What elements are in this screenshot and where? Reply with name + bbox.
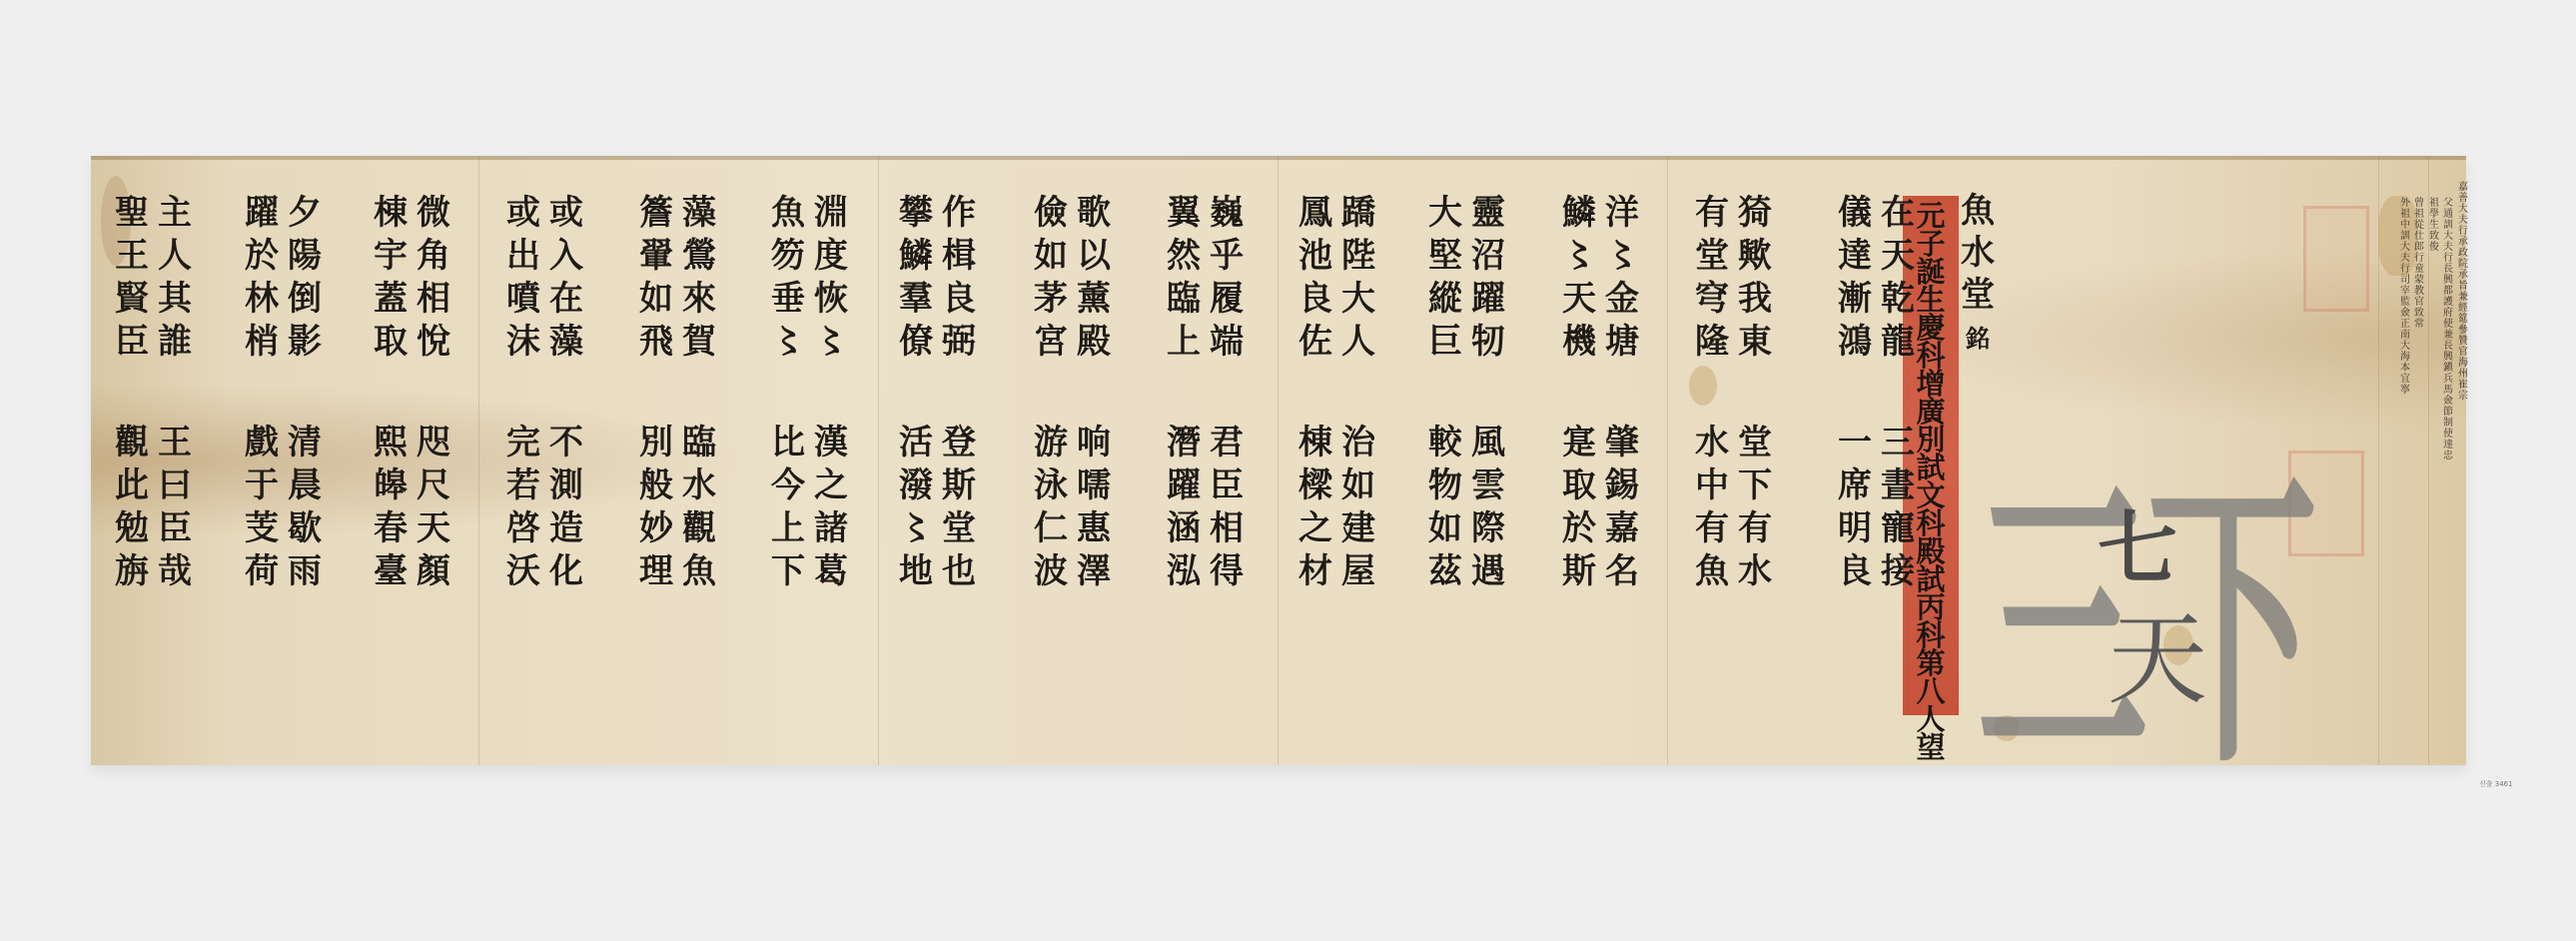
poem-char: 風 — [1468, 422, 1508, 465]
poem-char: 水 — [679, 465, 719, 507]
poem-char: 天 — [1559, 278, 1599, 321]
poem-char: 活 — [896, 422, 936, 465]
banner-char: 人 — [1916, 705, 1945, 733]
banner-char: 科 — [1916, 509, 1945, 537]
poem-char: 清 — [285, 422, 325, 465]
banner-char: 殿 — [1916, 537, 1945, 565]
poem-char: 茲 — [1425, 550, 1465, 593]
poem-char: 若 — [503, 465, 543, 507]
poem-char: 治 — [1338, 422, 1378, 465]
poem-char: 薰 — [1074, 278, 1114, 321]
poem-char: 波 — [1031, 550, 1071, 593]
poem-char: 臨 — [1164, 278, 1204, 321]
poem-char: 作 — [939, 192, 979, 235]
poem-char: 上 — [1164, 321, 1204, 364]
poem-char: 臨 — [679, 422, 719, 465]
poem-char: 躍 — [1468, 278, 1508, 321]
examinee-info-line: 嘉善大夫行承政院承旨兼經筵參贊官 海州崔 宗 — [2458, 182, 2468, 402]
poem-char: 水 — [1735, 550, 1775, 593]
poem-char: 歟 — [1735, 235, 1775, 278]
poem-char: 羣 — [896, 278, 936, 321]
red-seal-stamp — [2303, 206, 2369, 312]
poem-char: 此 — [112, 465, 152, 507]
poem-column: 王曰臣哉 — [155, 422, 195, 593]
examinee-info-line: 父通訓大夫行長興都護府使兼長興鎭兵馬僉節制使 達忠 — [2443, 198, 2453, 462]
examinee-info-line: 祖學生 致俊 — [2429, 198, 2439, 253]
poem-char: 夕 — [285, 192, 325, 235]
poem-char: 如 — [1338, 465, 1378, 507]
banner-char: 別 — [1916, 426, 1945, 454]
poem-char: 人 — [1338, 321, 1378, 364]
poem-char: 僚 — [896, 321, 936, 364]
water-stain — [1689, 366, 1717, 406]
poem-column: 清晨歇雨 — [285, 422, 325, 593]
poem-char: 度 — [811, 235, 851, 278]
poem-char: 漸 — [1835, 278, 1875, 321]
poem-char: 取 — [371, 321, 411, 364]
poem-char: 漢 — [811, 422, 851, 465]
poem-char: 有 — [1692, 507, 1732, 550]
poem-column: 作楫良弼 — [939, 192, 979, 364]
poem-char: 縱 — [1425, 278, 1465, 321]
poem-char: 晝 — [1878, 465, 1918, 507]
poem-char: 〻 — [896, 507, 936, 550]
poem-char: 三 — [1878, 422, 1918, 465]
poem-char: 如 — [1031, 235, 1071, 278]
poem-column: 君臣相得 — [1207, 422, 1247, 593]
poem-char: 咫 — [414, 422, 453, 465]
poem-char: 取 — [1559, 465, 1599, 507]
poem-char: 仁 — [1031, 507, 1071, 550]
poem-char: 之 — [1295, 507, 1335, 550]
poem-column: 微角相悅 — [414, 192, 453, 364]
poem-column: 攀鱗羣僚 — [896, 192, 936, 364]
poem-char: 倒 — [285, 278, 325, 321]
poem-char: 人 — [155, 235, 195, 278]
poem-char: 達 — [1835, 235, 1875, 278]
poem-char: 戲 — [242, 422, 282, 465]
poem-column: 洋〻金塘 — [1602, 192, 1642, 364]
banner-char: 第 — [1916, 649, 1945, 677]
poem-char: 雲 — [1468, 465, 1508, 507]
poem-char: 儀 — [1835, 192, 1875, 235]
poem-char: 不 — [546, 422, 586, 465]
poem-char: 恢 — [811, 278, 851, 321]
poem-char: 旃 — [112, 550, 152, 593]
poem-char: 妙 — [636, 507, 676, 550]
poem-char: 造 — [546, 507, 586, 550]
poem-char: 翬 — [636, 235, 676, 278]
poem-char: 完 — [503, 422, 543, 465]
poem-column: 棟宇蓋取 — [371, 192, 411, 364]
poem-column: 肇錫嘉名 — [1602, 422, 1642, 593]
poem-char: 弼 — [939, 321, 979, 364]
poem-char: 棟 — [1295, 422, 1335, 465]
paper-seam — [1278, 156, 1279, 765]
banner-char: 慶 — [1916, 314, 1945, 342]
poem-column: 簷翬如飛 — [636, 192, 676, 364]
poem-char: 洋 — [1602, 192, 1642, 235]
poem-char: 較 — [1425, 422, 1465, 465]
poem-char: 牣 — [1468, 321, 1508, 364]
poem-char: 藻 — [546, 321, 586, 364]
poem-column: 聖王賢臣 — [112, 192, 152, 364]
poem-char: 葛 — [811, 550, 851, 593]
poem-char: 下 — [768, 550, 808, 593]
poem-char: 有 — [1692, 192, 1732, 235]
poem-char: 堂 — [1692, 235, 1732, 278]
poem-char: 勉 — [112, 507, 152, 550]
poem-column: 觀此勉旃 — [112, 422, 152, 593]
poem-char: 臣 — [1207, 465, 1247, 507]
poem-char: 得 — [1207, 550, 1247, 593]
poem-char: 金 — [1602, 278, 1642, 321]
poem-column: 靈沼躍牣 — [1468, 192, 1508, 364]
poem-char: 陛 — [1338, 235, 1378, 278]
poem-char: 其 — [155, 278, 195, 321]
paper-seam — [478, 156, 479, 765]
poem-char: 林 — [242, 278, 282, 321]
poem-char: 淵 — [811, 192, 851, 235]
poem-char: 相 — [1207, 507, 1247, 550]
poem-char: 或 — [503, 192, 543, 235]
poem-char: 茅 — [1031, 278, 1071, 321]
poem-char: 錫 — [1602, 465, 1642, 507]
poem-char: 樑 — [1295, 465, 1335, 507]
poem-char: 如 — [636, 278, 676, 321]
poem-char: 遇 — [1468, 550, 1508, 593]
poem-char: 屋 — [1338, 550, 1378, 593]
poem-char: 嚅 — [1074, 465, 1114, 507]
poem-column: 咫尺天顏 — [414, 422, 453, 593]
poem-column: 臨水觀魚 — [679, 422, 719, 593]
poem-char: 影 — [285, 321, 325, 364]
poem-char: 春 — [371, 507, 411, 550]
poem-char: 鳳 — [1295, 192, 1335, 235]
poem-char: 池 — [1295, 235, 1335, 278]
poem-column: 大堅縱巨 — [1425, 192, 1465, 364]
poem-char: 笏 — [768, 235, 808, 278]
poem-column: 熙皞春臺 — [371, 422, 411, 593]
poem-column: 藻鶯來賀 — [679, 192, 719, 364]
poem-char: 哉 — [155, 550, 195, 593]
poem-char: 賢 — [112, 278, 152, 321]
banner-char: 生 — [1916, 286, 1945, 314]
poem-char: 歌 — [1074, 192, 1114, 235]
poem-char: 之 — [811, 465, 851, 507]
poem-char: 寔 — [1559, 422, 1599, 465]
banner-char: 子 — [1916, 230, 1945, 258]
poem-column: 較物如茲 — [1425, 422, 1465, 593]
poem-column: 登斯堂也 — [939, 422, 979, 593]
poem-char: 也 — [939, 550, 979, 593]
poem-char: 潑 — [896, 465, 936, 507]
poem-column: 治如建屋 — [1338, 422, 1378, 593]
examinee-info-line: 外祖中訓大夫行司宰監僉正南大海 本宜寧 — [2400, 198, 2410, 396]
poem-char: 悅 — [414, 321, 453, 364]
poem-char: 藻 — [679, 192, 719, 235]
poem-char: 沼 — [1468, 235, 1508, 278]
poem-char: 噴 — [503, 278, 543, 321]
poem-column: 或出噴沫 — [503, 192, 543, 364]
poem-title: 魚 水 堂 銘 — [1961, 190, 1995, 356]
poem-column: 巍乎履端 — [1207, 192, 1247, 364]
poem-column: 翼然臨上 — [1164, 192, 1204, 364]
banner-char: 廣 — [1916, 398, 1945, 426]
poem-char: 諸 — [811, 507, 851, 550]
poem-char: 天 — [414, 507, 453, 550]
poem-char: 觀 — [112, 422, 152, 465]
poem-char: 別 — [636, 422, 676, 465]
poem-char: 穹 — [1692, 278, 1732, 321]
poem-char: 堂 — [939, 507, 979, 550]
poem-char: 梢 — [242, 321, 282, 364]
poem-column: 水中有魚 — [1692, 422, 1732, 593]
poem-char: 理 — [636, 550, 676, 593]
poem-char: 巍 — [1207, 192, 1247, 235]
paper-seam — [878, 156, 879, 765]
poem-char: 涵 — [1164, 507, 1204, 550]
poem-char: 般 — [636, 465, 676, 507]
poem-column: 躍於林梢 — [242, 192, 282, 364]
poem-char: 楫 — [939, 235, 979, 278]
poem-char: 入 — [546, 235, 586, 278]
poem-char: 主 — [155, 192, 195, 235]
poem-column: 寔取於斯 — [1559, 422, 1599, 593]
poem-column: 漢之諸葛 — [811, 422, 851, 593]
poem-char: 君 — [1207, 422, 1247, 465]
poem-char: 〻 — [1602, 235, 1642, 278]
banner-char: 望 — [1916, 733, 1945, 761]
poem-char: 晨 — [285, 465, 325, 507]
poem-char: 賀 — [679, 321, 719, 364]
poem-char: 大 — [1425, 192, 1465, 235]
poem-char: 荷 — [242, 550, 282, 593]
poem-column: 蹻陛大人 — [1338, 192, 1378, 364]
poem-char: 巨 — [1425, 321, 1465, 364]
poem-char: 斯 — [939, 465, 979, 507]
poem-char: 游 — [1031, 422, 1071, 465]
poem-char: 以 — [1074, 235, 1114, 278]
banner-char: 元 — [1916, 202, 1945, 230]
poem-column: 儀達漸鴻 — [1835, 192, 1875, 364]
poem-char: 我 — [1735, 278, 1775, 321]
poem-char: 地 — [896, 550, 936, 593]
poem-char: 然 — [1164, 235, 1204, 278]
poem-char: 下 — [1735, 465, 1775, 507]
poem-char: 化 — [546, 550, 586, 593]
poem-char: 微 — [414, 192, 453, 235]
poem-char: 陽 — [285, 235, 325, 278]
poem-char: 宮 — [1031, 321, 1071, 364]
poem-char: 宇 — [371, 235, 411, 278]
water-stain — [2378, 196, 2418, 276]
poem-char: 躍 — [1164, 465, 1204, 507]
poem-char: 中 — [1692, 465, 1732, 507]
poem-char: 沃 — [503, 550, 543, 593]
poem-char: 皞 — [371, 465, 411, 507]
poem-char: 熙 — [371, 422, 411, 465]
poem-char: 歇 — [285, 507, 325, 550]
poem-char: 履 — [1207, 278, 1247, 321]
poem-char: 泓 — [1164, 550, 1204, 593]
paper-seam — [1667, 156, 1668, 765]
poem-char: 聖 — [112, 192, 152, 235]
poem-char: 蹻 — [1338, 192, 1378, 235]
poem-char: 殿 — [1074, 321, 1114, 364]
poem-column: 堂下有水 — [1735, 422, 1775, 593]
poem-column: 完若啓沃 — [503, 422, 543, 593]
poem-char: 垂 — [768, 278, 808, 321]
poem-char: 端 — [1207, 321, 1247, 364]
poem-char: 肇 — [1602, 422, 1642, 465]
banner-char: 科 — [1916, 621, 1945, 649]
poem-char: 在 — [1878, 192, 1918, 235]
poem-char: 响 — [1074, 422, 1114, 465]
poem-column: 游泳仁波 — [1031, 422, 1071, 593]
banner-char: 文 — [1916, 481, 1945, 509]
poem-char: 東 — [1735, 321, 1775, 364]
poem-char: 雨 — [285, 550, 325, 593]
poem-char: 或 — [546, 192, 586, 235]
poem-column: 戲于芰荷 — [242, 422, 282, 593]
poem-char: 鱗 — [1559, 192, 1599, 235]
poem-char: 名 — [1602, 550, 1642, 593]
poem-char: 啓 — [503, 507, 543, 550]
grade-mark-heaven: 天 — [2108, 579, 2207, 723]
poem-char: 物 — [1425, 465, 1465, 507]
poem-char: 乾 — [1878, 278, 1918, 321]
poem-char: 相 — [414, 278, 453, 321]
poem-char: 魚 — [1692, 550, 1732, 593]
poem-char: 于 — [242, 465, 282, 507]
poem-char: 嘉 — [1602, 507, 1642, 550]
poem-char: 泳 — [1031, 465, 1071, 507]
poem-char: 惠 — [1074, 507, 1114, 550]
poem-column: 鳳池良佐 — [1295, 192, 1335, 364]
poem-char: 臣 — [155, 507, 195, 550]
poem-char: 如 — [1425, 507, 1465, 550]
poem-column: 一席明良 — [1835, 422, 1875, 593]
poem-char: 澤 — [1074, 550, 1114, 593]
poem-char: 〻 — [768, 321, 808, 364]
poem-column: 比今上下 — [768, 422, 808, 593]
poem-char: 接 — [1878, 550, 1918, 593]
poem-column: 歌以薰殿 — [1074, 192, 1114, 364]
poem-char: 大 — [1338, 278, 1378, 321]
poem-char: 明 — [1835, 507, 1875, 550]
title-char: 魚 — [1961, 190, 1995, 232]
poem-char: 誰 — [155, 321, 195, 364]
poem-column: 夕陽倒影 — [285, 192, 325, 364]
poem-char: 鴻 — [1835, 321, 1875, 364]
poem-char: 材 — [1295, 550, 1335, 593]
poem-char: 觀 — [679, 507, 719, 550]
title-char: 水 — [1961, 232, 1995, 274]
poem-char: 際 — [1468, 507, 1508, 550]
poem-column: 有堂穹隆 — [1692, 192, 1732, 364]
poem-char: 魚 — [679, 550, 719, 593]
poem-char: 在 — [546, 278, 586, 321]
poem-char: 沫 — [503, 321, 543, 364]
poem-char: 堅 — [1425, 235, 1465, 278]
poem-char: 棟 — [371, 192, 411, 235]
poem-column: 在天乾龍 — [1878, 192, 1918, 364]
poem-char: 尺 — [414, 465, 453, 507]
poem-char: 儉 — [1031, 192, 1071, 235]
poem-char: 乎 — [1207, 235, 1247, 278]
poem-char: 席 — [1835, 465, 1875, 507]
poem-column: 魚笏垂〻 — [768, 192, 808, 364]
poem-column: 猗歟我東 — [1735, 192, 1775, 364]
poem-char: 天 — [1878, 235, 1918, 278]
poem-char: 芰 — [242, 507, 282, 550]
poem-char: 顏 — [414, 550, 453, 593]
poem-char: 建 — [1338, 507, 1378, 550]
poem-char: 躍 — [242, 192, 282, 235]
banner-char: 增 — [1916, 370, 1945, 398]
poem-char: 飛 — [636, 321, 676, 364]
poem-column: 响嚅惠澤 — [1074, 422, 1114, 593]
poem-column: 別般妙理 — [636, 422, 676, 593]
poem-column: 風雲際遇 — [1468, 422, 1508, 593]
poem-char: 鶯 — [679, 235, 719, 278]
banner-char: 試 — [1916, 454, 1945, 481]
banner-char: 八 — [1916, 677, 1945, 705]
poem-char: 王 — [112, 235, 152, 278]
poem-char: 猗 — [1735, 192, 1775, 235]
poem-char: 〻 — [811, 321, 851, 364]
banner-char: 誕 — [1916, 258, 1945, 286]
poem-char: 登 — [939, 422, 979, 465]
poem-char: 魚 — [768, 192, 808, 235]
poem-char: 今 — [768, 465, 808, 507]
poem-char: 簷 — [636, 192, 676, 235]
poem-char: 角 — [414, 235, 453, 278]
poem-char: 鱗 — [896, 235, 936, 278]
poem-char: 潛 — [1164, 422, 1204, 465]
poem-char: 於 — [1559, 507, 1599, 550]
banner-char: 丙 — [1916, 593, 1945, 621]
poem-column: 三晝寵接 — [1878, 422, 1918, 593]
poem-column: 鱗〻天機 — [1559, 192, 1599, 364]
poem-char: 測 — [546, 465, 586, 507]
poem-column: 活潑〻地 — [896, 422, 936, 593]
poem-char: 上 — [768, 507, 808, 550]
poem-char: 於 — [242, 235, 282, 278]
poem-char: 隆 — [1692, 321, 1732, 364]
poem-char: 出 — [503, 235, 543, 278]
poem-char: 良 — [1835, 550, 1875, 593]
poem-char: 翼 — [1164, 192, 1204, 235]
poem-char: 來 — [679, 278, 719, 321]
poem-char: 塘 — [1602, 321, 1642, 364]
title-suffix: 銘 — [1966, 322, 1990, 356]
banner-char: 試 — [1916, 565, 1945, 593]
poem-char: 寵 — [1878, 507, 1918, 550]
poem-char: 攀 — [896, 192, 936, 235]
poem-char: 曰 — [155, 465, 195, 507]
poem-column: 或入在藻 — [546, 192, 586, 364]
poem-char: 龍 — [1878, 321, 1918, 364]
poem-char: 斯 — [1559, 550, 1599, 593]
poem-char: 佐 — [1295, 321, 1335, 364]
poem-column: 不測造化 — [546, 422, 586, 593]
poem-char: 水 — [1692, 422, 1732, 465]
poem-char: 機 — [1559, 321, 1599, 364]
poem-column: 潛躍涵泓 — [1164, 422, 1204, 593]
poem-char: 比 — [768, 422, 808, 465]
